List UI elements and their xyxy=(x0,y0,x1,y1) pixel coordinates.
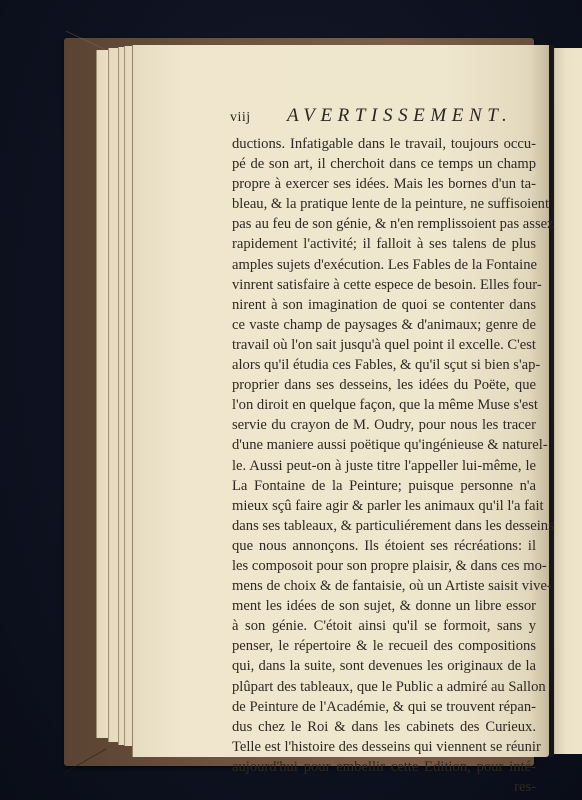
text-line: à son génie. C'étoit ainsi qu'il se form… xyxy=(232,616,536,636)
text-line: travail où l'on sait jusqu'à quel point … xyxy=(232,335,536,355)
text-line: rapidement l'activité; il falloit à ses … xyxy=(232,234,536,254)
text-line: propre à exercer ses idées. Mais les bor… xyxy=(232,174,536,194)
catchword: res- xyxy=(232,777,536,797)
text-line: nirent à son imagination de quoi se cont… xyxy=(232,295,536,315)
text-line: d'une maniere aussi poëtique qu'ingénieu… xyxy=(232,435,536,455)
text-line: bleau, & la pratique lente de la peintur… xyxy=(232,194,536,214)
text-line: que nous annonçons. Ils étoient ses récr… xyxy=(232,536,536,556)
text-line: ductions. Infatigable dans le travail, t… xyxy=(232,134,536,154)
body-text: ductions. Infatigable dans le travail, t… xyxy=(232,134,536,797)
text-line: La Fontaine de la Peinture; puisque pers… xyxy=(232,476,536,496)
text-line: les composoit pour son propre plaisir, &… xyxy=(232,556,536,576)
text-line: qui, dans la suite, sont devenues les or… xyxy=(232,656,536,676)
text-line: mieux sçû faire agir & parler les animau… xyxy=(232,496,536,516)
text-line: penser, le répertoire & le recueil des c… xyxy=(232,636,536,656)
text-line: alors qu'il étudia ces Fables, & qu'il s… xyxy=(232,355,536,375)
text-line: amples sujets d'exécution. Les Fables de… xyxy=(232,255,536,275)
text-line: vinrent satisfaire à cette espece de bes… xyxy=(232,275,536,295)
text-line: l'on diroit en quelque façon, que la mêm… xyxy=(232,395,536,415)
text-line: pas au feu de son génie, & n'en rempliss… xyxy=(232,214,536,234)
text-line: ment les idées de son sujet, & donne un … xyxy=(232,596,536,616)
running-title: AVERTISSEMENT. xyxy=(287,105,512,127)
text-line: ce vaste champ de paysages & d'animaux; … xyxy=(232,315,536,335)
text-line: dans ses tableaux, & particuliérement da… xyxy=(232,516,536,536)
text-line: aujourd'hui pour embellir cette Edition,… xyxy=(232,757,536,777)
text-line: dus chez le Roi & dans les cabinets des … xyxy=(232,717,536,737)
page-header: viij AVERTISSEMENT. xyxy=(227,105,527,129)
text-line: de Peinture de l'Académie, & qui se trou… xyxy=(232,697,536,717)
text-line: plûpart des tableaux, que le Public a ad… xyxy=(232,677,536,697)
text-line: proprier dans ses desseins, les idées du… xyxy=(232,375,536,395)
text-line: le. Aussi peut-on à juste titre l'appell… xyxy=(232,456,536,476)
text-line: Telle est l'histoire des desseins qui vi… xyxy=(232,737,536,757)
text-line: servie du crayon de M. Oudry, pour nous … xyxy=(232,415,536,435)
page-number: viij xyxy=(230,110,251,126)
text-line: mens de choix & de fantaisie, où un Arti… xyxy=(232,576,536,596)
facing-page-edge xyxy=(554,48,582,754)
text-line: pé de son art, il cherchoit dans ce temp… xyxy=(232,154,536,174)
